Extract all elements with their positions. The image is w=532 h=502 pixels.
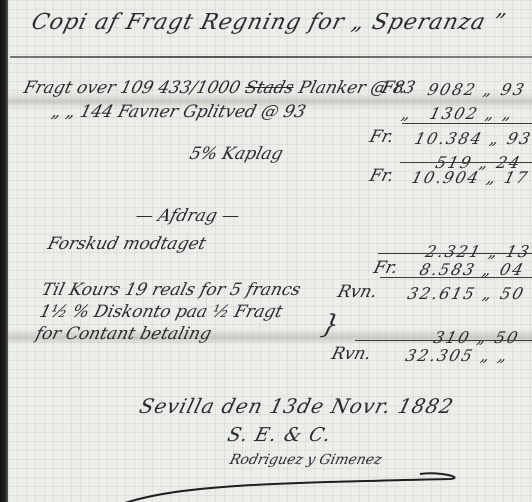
scan-edge [0, 0, 8, 502]
line-1-label: Fragt over 109 433/1000 Stads Planker @ … [22, 78, 418, 98]
place-date: Sevilla den 13de Novr. 1882 [137, 394, 456, 418]
deduction-heading: — Afdrag — [134, 206, 242, 226]
line-1-amount: 9082 „ 93 [426, 80, 528, 99]
line-1-currency: Fr. [380, 78, 408, 98]
sum-rule [355, 340, 532, 341]
balance-currency: Fr. [372, 258, 400, 278]
sum-rule [378, 253, 532, 254]
conversion-label: Til Kours 19 reals for 5 francs [40, 280, 303, 300]
discount-amount: 310 „ 50 [432, 328, 522, 347]
discount-line-1: 1½ % Diskonto paa ½ Fragt [38, 302, 285, 322]
sum-rule [402, 123, 532, 124]
firm-initials: S. E. & C. [225, 424, 334, 446]
surcharge-label: 5% Kaplag [188, 144, 286, 164]
advance-amount: 2.321 „ 13 [424, 242, 532, 261]
title-underline [10, 56, 532, 58]
final-currency: Rvn. [330, 344, 374, 364]
line-2-amount: 1302 „ „ [428, 104, 516, 123]
struck-word: Stads [243, 78, 296, 98]
subtotal-1-amount: 10.384 „ 93 [413, 129, 532, 148]
line-2-label: „ „ 144 Favner Gplitved @ 93 [50, 102, 308, 122]
advance-label: Forskud modtaget [46, 234, 208, 254]
final-amount: 32.305 „ „ [404, 346, 511, 365]
total-1-amount: 10.904 „ 17 [410, 168, 532, 187]
signature-flourish [120, 465, 460, 502]
total-1-currency: Fr. [368, 166, 396, 186]
conversion-currency: Rvn. [336, 282, 380, 302]
sum-rule [400, 162, 532, 163]
conversion-amount: 32.615 „ 50 [406, 284, 528, 303]
discount-line-2: for Contant betaling [34, 324, 214, 344]
document-title: Copi af Fragt Regning for „ Speranza ” [29, 10, 509, 35]
sum-rule [380, 277, 532, 278]
subtotal-1-currency: Fr. [368, 127, 396, 147]
